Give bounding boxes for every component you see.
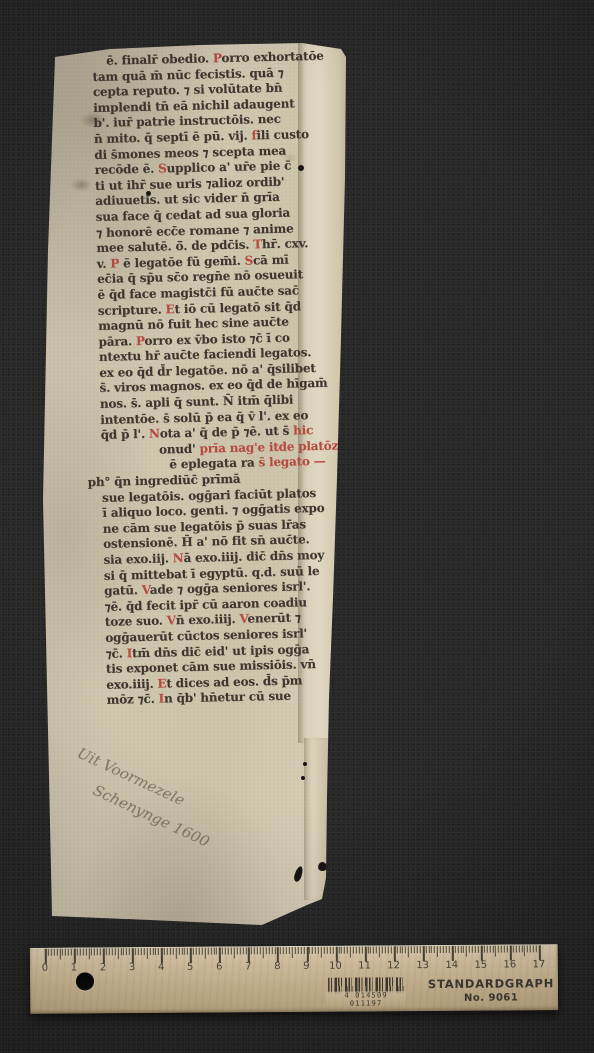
ruler-tick <box>298 947 299 954</box>
ruler-tick <box>228 947 229 954</box>
barcode: 4 014509 011197 <box>326 977 406 1002</box>
ruler-tick <box>266 947 267 954</box>
ruler-tick <box>536 945 537 952</box>
ruler-tick <box>379 946 380 957</box>
ruler-tick <box>469 946 470 953</box>
ruler-tick <box>341 947 342 954</box>
ruler-tick <box>402 946 403 953</box>
ruler-tick <box>164 948 165 955</box>
ruler-tick <box>103 948 105 963</box>
parchment-fold-edge-lower <box>304 738 328 900</box>
ruler-tick <box>71 949 72 956</box>
ruler-tick <box>455 946 456 953</box>
wormhole <box>303 762 307 766</box>
ruler-tick <box>158 948 159 955</box>
ruler-tick <box>196 948 197 955</box>
ruler-tick <box>498 946 499 953</box>
ruler-tick <box>231 947 232 954</box>
ruler-tick <box>347 947 348 954</box>
ruler-tick <box>484 946 485 953</box>
ruler-tick <box>242 947 243 954</box>
ruler-tick <box>431 946 432 953</box>
ruler-tick <box>234 947 235 958</box>
ruler-tick <box>208 948 209 955</box>
ruler-tick <box>190 948 192 963</box>
ruler-tick <box>332 947 333 954</box>
ruler-tick <box>472 946 473 953</box>
ruler-tick <box>335 947 337 962</box>
wormhole <box>301 776 305 780</box>
ruler-tick <box>478 946 479 953</box>
ruler-brand-block: STANDARDGRAPH No. 9061 <box>412 976 570 1004</box>
ruler-tick <box>338 947 339 954</box>
ruler-tick <box>295 947 296 954</box>
ruler-tick <box>59 949 60 960</box>
ruler-tick <box>152 948 153 955</box>
ruler-tick <box>80 948 81 955</box>
ruler-tick <box>187 948 188 955</box>
ruler-tick <box>382 946 383 953</box>
ruler-tick <box>481 946 483 961</box>
parchment-slit <box>317 861 328 872</box>
ruler-tick <box>68 949 69 956</box>
ruler-tick <box>155 948 156 955</box>
ruler-tick <box>504 946 505 953</box>
ruler-tick <box>408 946 409 957</box>
ruler-brand-name: STANDARDGRAPH <box>412 976 570 991</box>
ruler-tick <box>367 946 368 953</box>
ruler-tick <box>144 948 145 955</box>
ruler-tick <box>97 948 98 955</box>
ruler-tick <box>112 948 113 955</box>
ruler-tick <box>443 946 444 953</box>
ruler-tick <box>414 946 415 953</box>
ruler-tick <box>312 947 313 954</box>
ruler-tick <box>292 947 293 958</box>
ruler-tick <box>364 946 366 961</box>
ruler-tick <box>216 948 217 955</box>
ruler-tick <box>359 947 360 954</box>
ruler-tick <box>213 948 214 955</box>
ruler-tick <box>466 946 467 957</box>
ruler-number: 8 <box>268 961 286 972</box>
ruler-tick <box>257 947 258 954</box>
ruler-tick <box>376 946 377 953</box>
ruler-tick <box>315 947 316 954</box>
ruler-number: 0 <box>36 963 54 974</box>
ruler-tick <box>460 946 461 953</box>
ruler-tick <box>135 948 136 955</box>
ruler-tick <box>330 947 331 954</box>
ruler-tick <box>286 947 287 954</box>
ruler-tick <box>199 948 200 955</box>
ruler-number: 16 <box>501 959 519 970</box>
ruler-number: 3 <box>123 962 141 973</box>
ruler-number: 1 <box>65 962 83 973</box>
ruler-tick <box>324 947 325 954</box>
ruler-tick <box>423 946 425 961</box>
ruler-tick <box>141 948 142 955</box>
ruler-tick <box>132 948 134 963</box>
ruler-number: 12 <box>385 960 403 971</box>
ruler-tick <box>399 946 400 953</box>
ruler-tick <box>248 947 250 962</box>
ruler-tick <box>321 947 322 958</box>
ruler-tick <box>283 947 284 954</box>
ruler-hole <box>76 972 94 990</box>
ruler-tick <box>126 948 127 955</box>
ruler-tick <box>251 947 252 954</box>
ruler-tick <box>507 946 508 953</box>
ruler-tick <box>353 947 354 954</box>
manuscript-fragment: ē. finalr̄ obedio. Porro exhortatōetam q… <box>40 38 352 940</box>
ruler-number: 17 <box>530 959 548 970</box>
ruler-tick <box>492 946 493 953</box>
ruler-number: 14 <box>443 960 461 971</box>
ruler-tick <box>344 947 345 954</box>
ruler-tick <box>516 945 517 952</box>
ruler-tick <box>457 946 458 953</box>
ruler-tick <box>428 946 429 953</box>
ruler-tick <box>417 946 418 953</box>
ruler-tick <box>306 947 308 962</box>
ruler-number: 6 <box>210 961 228 972</box>
ruler-tick <box>178 948 179 955</box>
ruler-number: 9 <box>297 961 315 972</box>
ruler-tick <box>129 948 130 955</box>
ruler-tick <box>391 946 392 953</box>
ruler-number: 4 <box>152 962 170 973</box>
ruler-tick <box>56 949 57 956</box>
ruler-tick <box>396 946 397 953</box>
ruler-tick <box>327 947 328 954</box>
ruler-model-number: No. 9061 <box>412 992 570 1004</box>
ruler-tick <box>91 948 92 955</box>
ruler-tick <box>271 947 272 954</box>
ruler-tick <box>146 948 147 959</box>
ruler-tick <box>350 947 351 958</box>
ruler-number: 5 <box>181 962 199 973</box>
ruler-tick <box>65 949 66 956</box>
ruler-tick <box>393 946 395 961</box>
ruler-number: 7 <box>239 961 257 972</box>
ruler-tick <box>173 948 174 955</box>
ruler-tick <box>530 945 531 952</box>
ruler-tick <box>193 948 194 955</box>
ruler-tick <box>184 948 185 955</box>
ruler-tick <box>524 945 525 956</box>
ruler-tick <box>123 948 124 955</box>
manuscript-text-block: ē. finalr̄ obedio. Porro exhortatōetam q… <box>92 48 361 709</box>
ruler-tick <box>254 947 255 954</box>
ruler-tick <box>300 947 301 954</box>
ruler-tick <box>120 948 121 955</box>
ruler-tick <box>222 947 223 954</box>
ruler-tick <box>219 948 221 963</box>
ruler-tick <box>303 947 304 954</box>
ruler-scale <box>30 944 558 948</box>
ruler-tick <box>62 949 63 956</box>
ruler-tick <box>83 948 84 955</box>
ruler-tick <box>94 948 95 955</box>
ruler-tick <box>521 945 522 952</box>
ruler-tick <box>277 947 279 962</box>
ruler-tick <box>495 946 496 957</box>
ruler-tick <box>475 946 476 953</box>
ruler-tick <box>260 947 261 954</box>
ruler-tick <box>263 947 264 958</box>
ruler-tick <box>385 946 386 953</box>
ruler-tick <box>420 946 421 953</box>
ruler-tick <box>501 946 502 953</box>
ruler-tick <box>486 946 487 953</box>
ruler-tick <box>115 948 116 955</box>
ruler-tick <box>48 949 49 956</box>
ruler-tick <box>527 945 528 952</box>
ruler-tick <box>463 946 464 953</box>
ruler-tick <box>237 947 238 954</box>
ruler-tick <box>269 947 270 954</box>
ruler-number: 15 <box>472 960 490 971</box>
ruler-tick <box>149 948 150 955</box>
ruler-tick <box>289 947 290 954</box>
ruler-tick <box>405 946 406 953</box>
ruler-tick <box>533 945 534 952</box>
ruler-number: 11 <box>356 960 374 971</box>
ruler-tick <box>388 946 389 953</box>
ruler-tick <box>225 947 226 954</box>
ruler-tick <box>309 947 310 954</box>
ruler-tick <box>452 946 454 961</box>
ruler-tick <box>167 948 168 955</box>
ruler-tick <box>88 948 89 959</box>
ruler-tick <box>539 945 541 960</box>
ruler-number: 10 <box>326 961 344 972</box>
ruler-tick <box>181 948 182 955</box>
ruler-tick <box>45 949 47 964</box>
ruler-tick <box>245 947 246 954</box>
ruler-tick <box>109 948 110 955</box>
ruler-tick <box>318 947 319 954</box>
ruler-tick <box>518 945 519 952</box>
ruler-tick <box>100 948 101 955</box>
ruler-tick <box>106 948 107 955</box>
ruler: 01234567891011121314151617 4 014509 0111… <box>30 944 558 1014</box>
ruler-tick <box>449 946 450 953</box>
ruler-tick <box>373 946 374 953</box>
ruler-tick <box>356 947 357 954</box>
ruler-tick <box>274 947 275 954</box>
ruler-number: 13 <box>414 960 432 971</box>
ruler-tick <box>138 948 139 955</box>
ruler-tick <box>210 948 211 955</box>
smudge-mark <box>70 178 92 192</box>
ruler-tick <box>77 949 78 956</box>
ruler-tick <box>53 949 54 956</box>
ruler-tick <box>74 949 76 964</box>
ruler-tick <box>489 946 490 953</box>
ruler-tick <box>513 945 514 952</box>
ruler-tick <box>411 946 412 953</box>
ruler-number: 2 <box>94 962 112 973</box>
ruler-tick <box>437 946 438 957</box>
ruler-tick <box>202 948 203 955</box>
ruler-tick <box>425 946 426 953</box>
ruler-tick <box>370 946 371 953</box>
ruler-tick <box>446 946 447 953</box>
photo-stage: ē. finalr̄ obedio. Porro exhortatōetam q… <box>0 0 594 1053</box>
ruler-tick <box>176 948 177 959</box>
ruler-tick <box>85 948 86 955</box>
ruler-tick <box>51 949 52 956</box>
ruler-tick <box>239 947 240 954</box>
ruler-tick <box>440 946 441 953</box>
ruler-tick <box>205 948 206 959</box>
ruler-tick <box>510 945 512 960</box>
ruler-tick <box>161 948 163 963</box>
ruler-tick <box>117 948 118 959</box>
ruler-tick <box>434 946 435 953</box>
ruler-tick <box>362 947 363 954</box>
barcode-digits: 4 014509 011197 <box>326 991 406 1008</box>
ruler-tick <box>170 948 171 955</box>
ruler-tick <box>280 947 281 954</box>
